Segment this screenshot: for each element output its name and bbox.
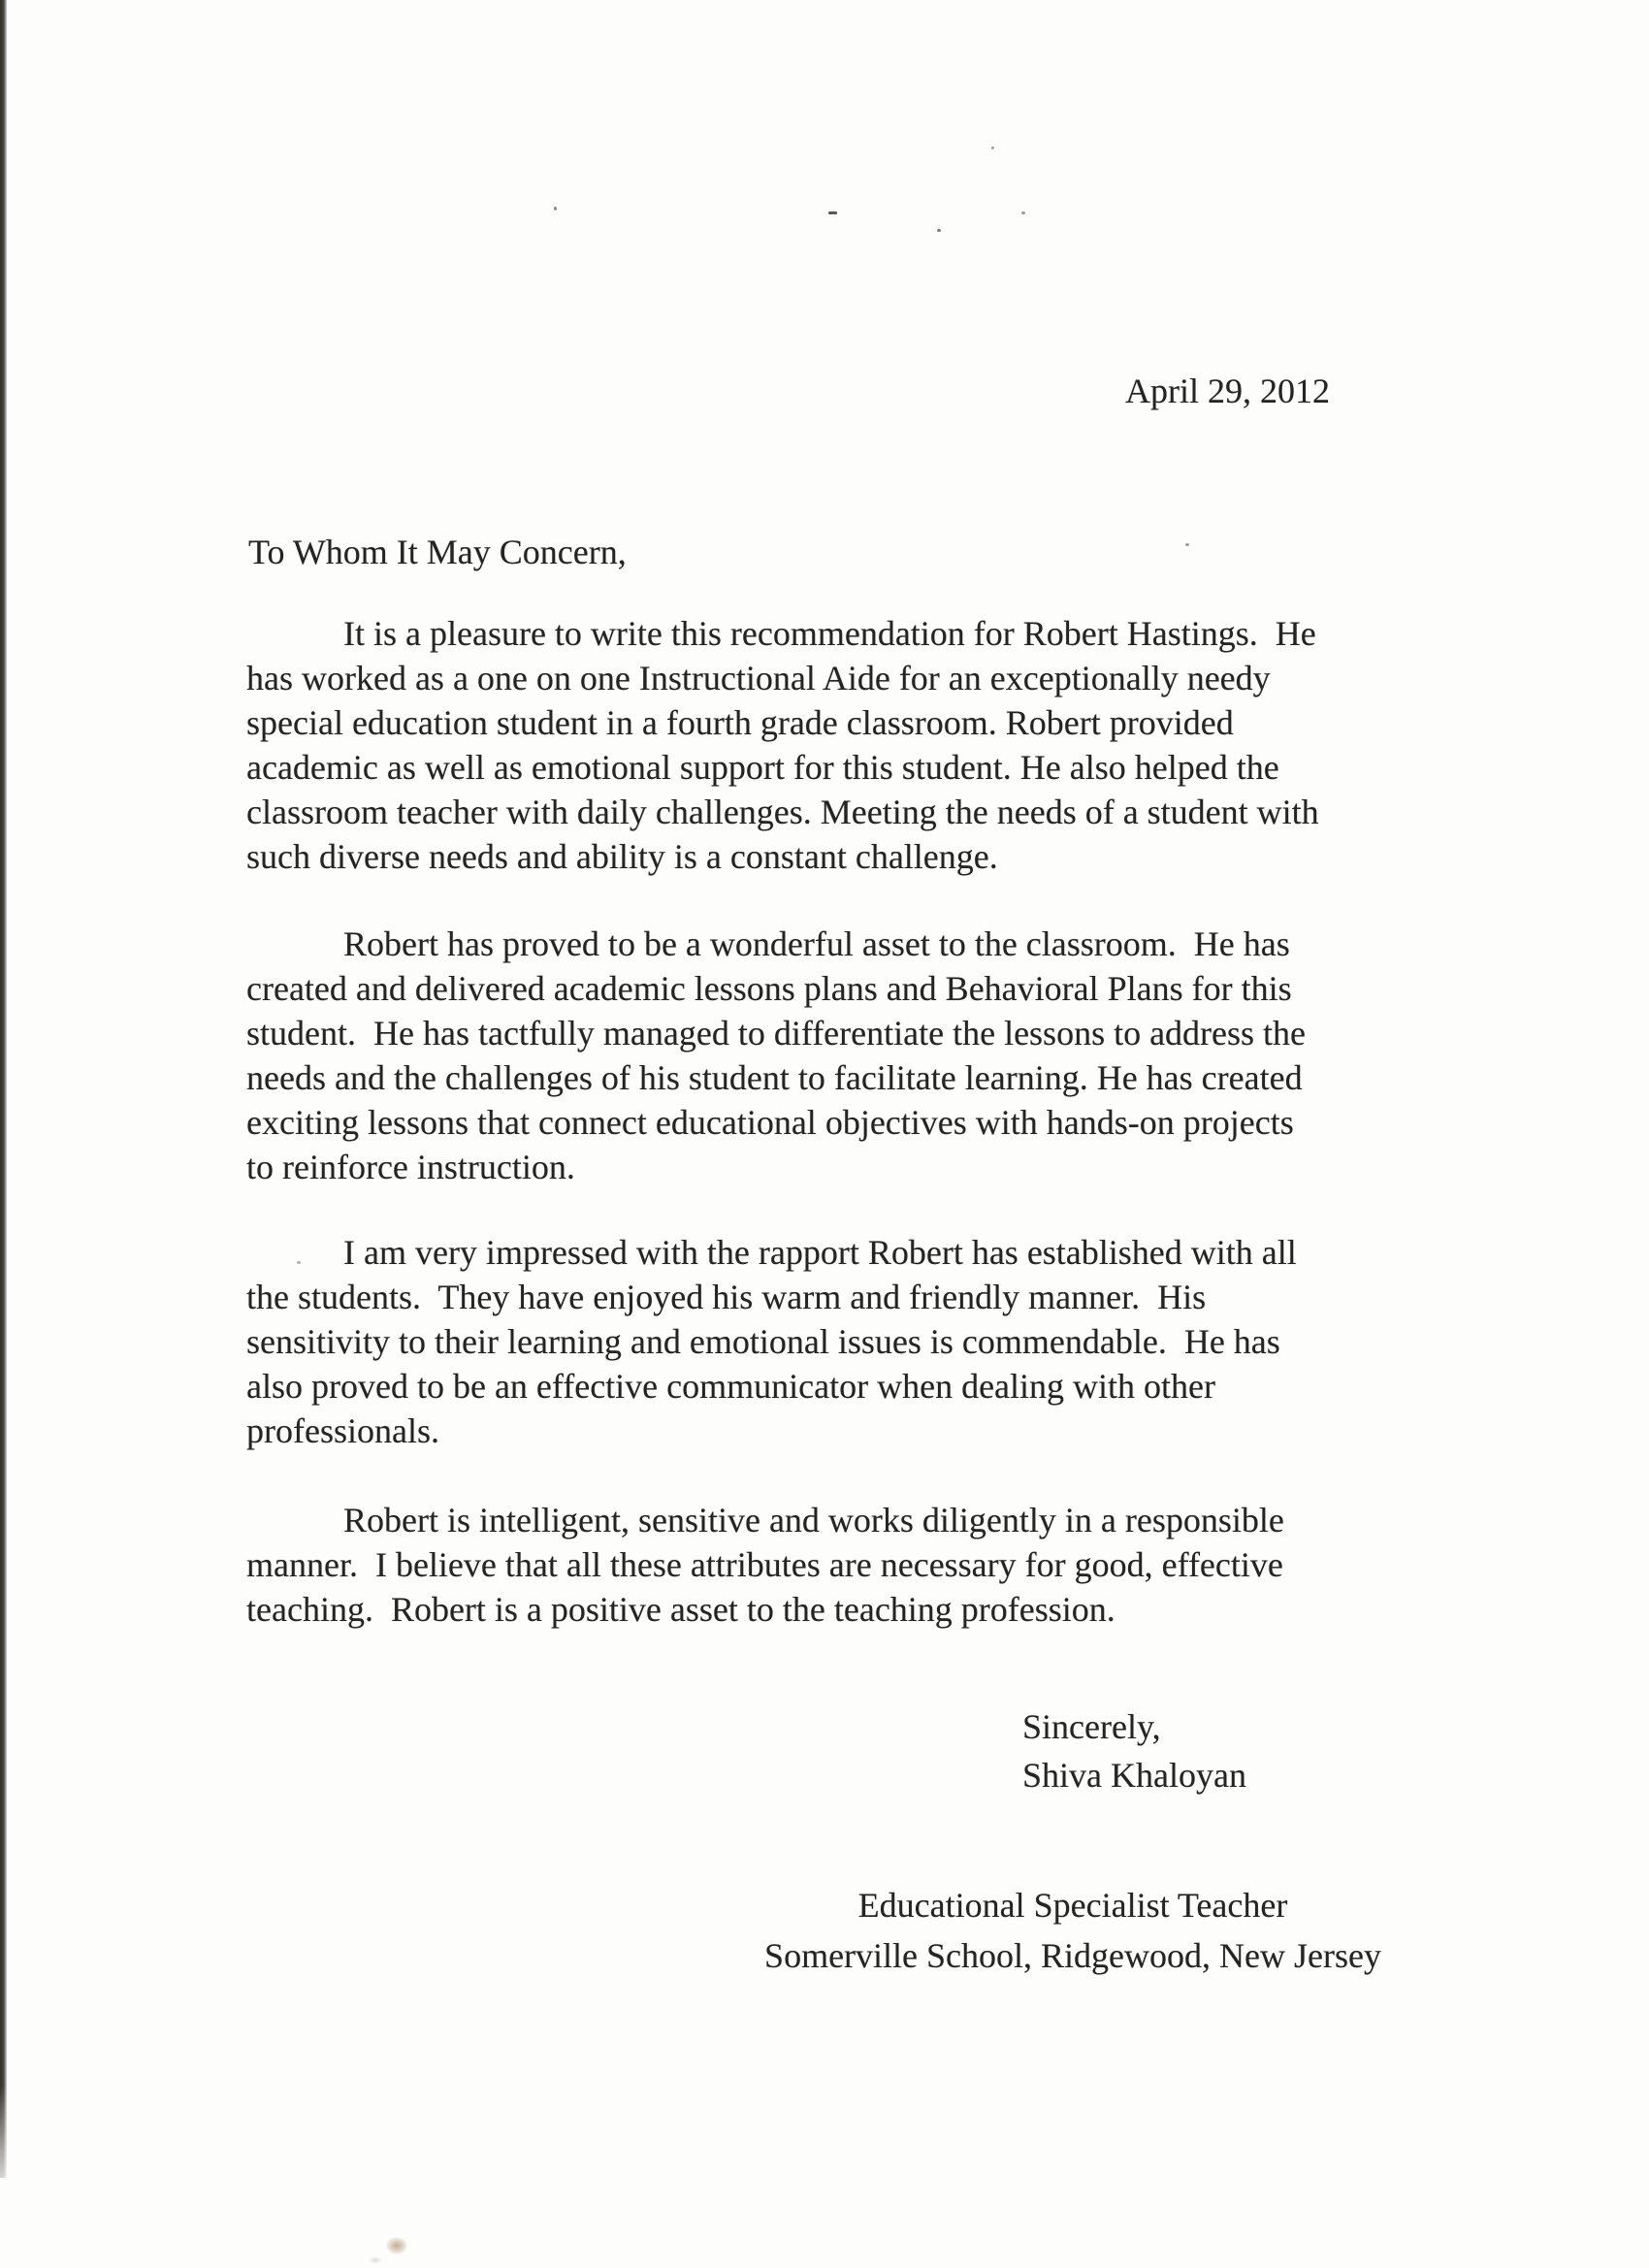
signature-block: Educational Specialist Teacher Somervill… bbox=[685, 1880, 1461, 1981]
closing-block: Sincerely, Shiva Khaloyan bbox=[1022, 1702, 1246, 1799]
scan-speck bbox=[1021, 211, 1025, 214]
signer-title: Educational Specialist Teacher bbox=[685, 1880, 1461, 1930]
scan-speck bbox=[991, 146, 994, 149]
scanner-edge-shadow bbox=[0, 0, 7, 2178]
scan-smudge bbox=[369, 2256, 382, 2264]
scan-smudge bbox=[386, 2237, 407, 2254]
scan-speck bbox=[1185, 543, 1189, 546]
letter-date: April 29, 2012 bbox=[1125, 369, 1330, 413]
paragraph-1: It is a pleasure to write this recommend… bbox=[246, 611, 1319, 879]
closing-word: Sincerely, bbox=[1022, 1702, 1246, 1751]
scanner-edge-fade bbox=[0, 2086, 7, 2202]
letter-page: April 29, 2012 To Whom It May Concern, I… bbox=[0, 0, 1649, 2268]
scan-speck bbox=[297, 1261, 301, 1264]
scan-speck bbox=[828, 211, 837, 214]
paragraph-4: Robert is intelligent, sensitive and wor… bbox=[246, 1498, 1284, 1632]
scan-speck bbox=[937, 229, 941, 232]
salutation: To Whom It May Concern, bbox=[248, 530, 627, 574]
signer-name: Shiva Khaloyan bbox=[1022, 1751, 1246, 1799]
paragraph-2: Robert has proved to be a wonderful asse… bbox=[246, 922, 1306, 1189]
paragraph-3: I am very impressed with the rapport Rob… bbox=[246, 1230, 1297, 1453]
scan-speck bbox=[554, 207, 557, 211]
signer-school: Somerville School, Ridgewood, New Jersey bbox=[685, 1930, 1461, 1981]
